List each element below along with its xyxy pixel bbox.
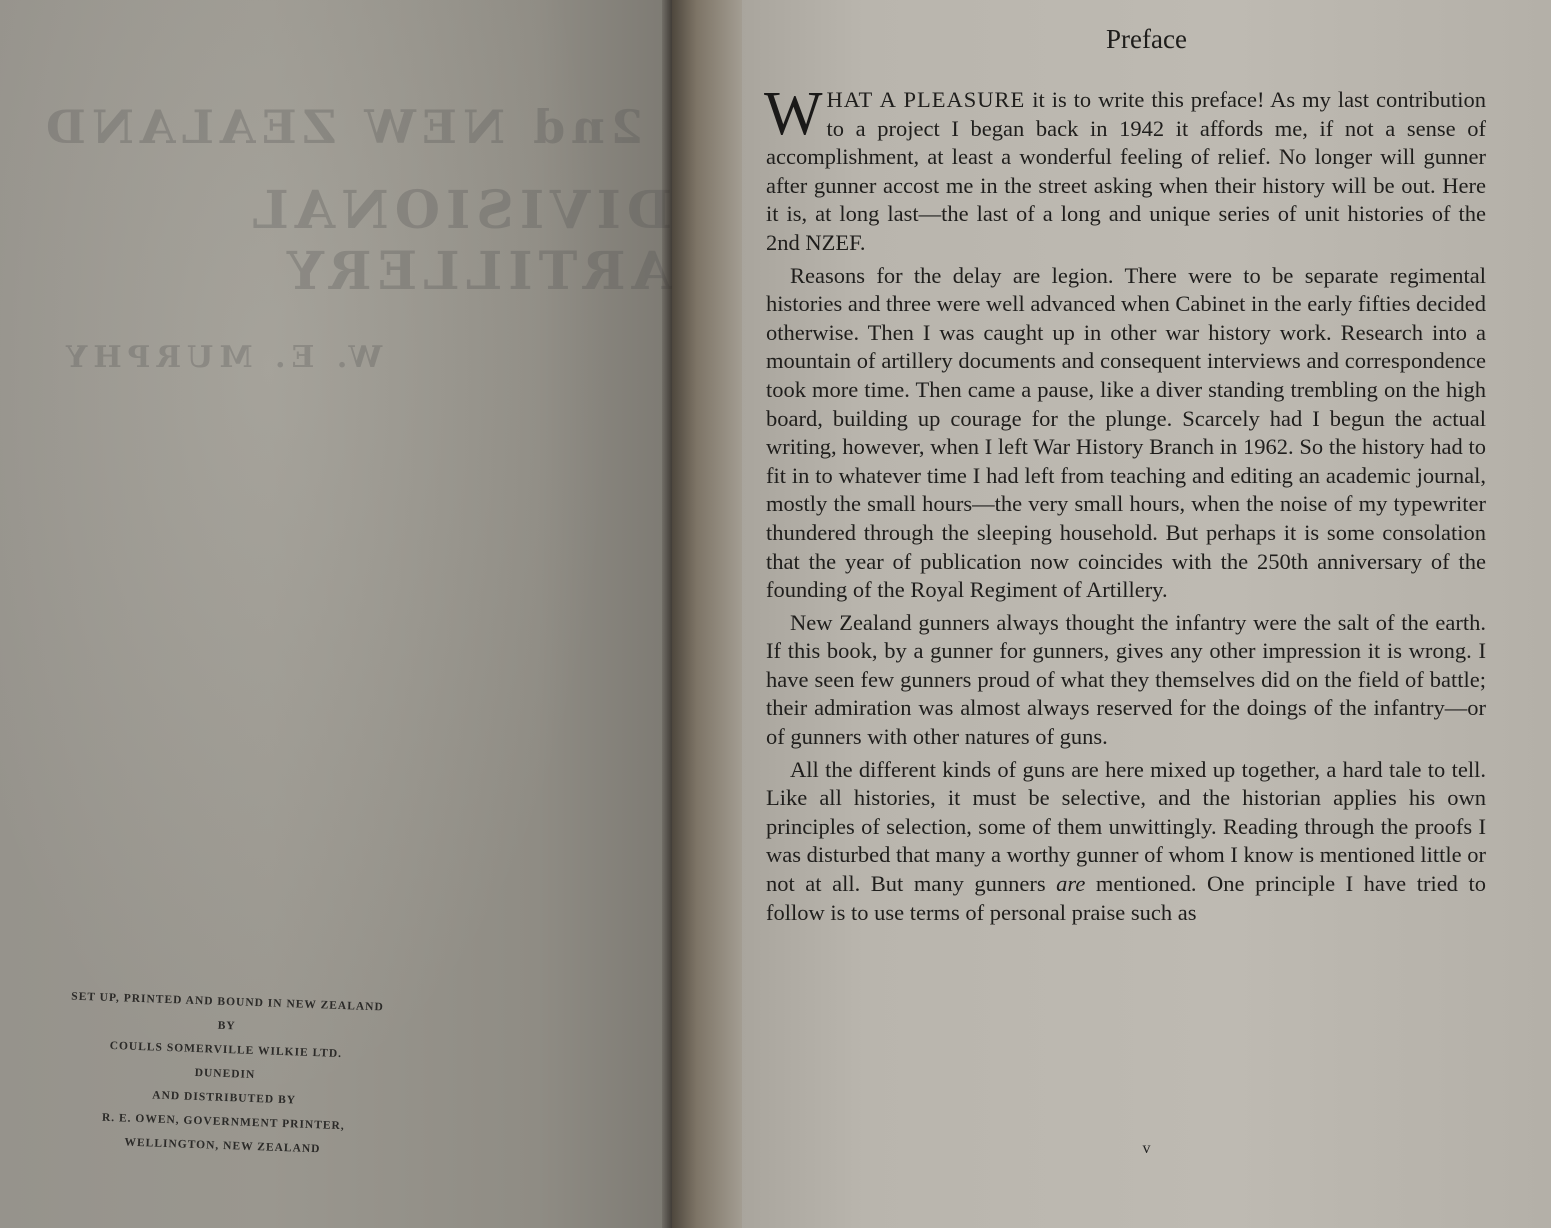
left-page: 2nd NEW ZEALAND DIVISIONAL ARTILLERY W. … bbox=[0, 0, 672, 1228]
paragraph-3: New Zealand gunners always thought the i… bbox=[766, 609, 1486, 752]
page-number: v bbox=[742, 1140, 1551, 1158]
paragraph-4: All the different kinds of guns are here… bbox=[766, 756, 1486, 928]
paragraph-text: it is to write this preface! As my last … bbox=[766, 87, 1486, 255]
page-title: Preface bbox=[742, 24, 1551, 55]
show-through-author: W. E. MURPHY bbox=[60, 340, 382, 375]
printer-imprint: SET UP, PRINTED AND BOUND IN NEW ZEALAND… bbox=[37, 984, 413, 1165]
show-through-title-line-1: 2nd NEW ZEALAND bbox=[40, 100, 643, 154]
open-book-spread: 2nd NEW ZEALAND DIVISIONAL ARTILLERY W. … bbox=[0, 0, 1551, 1228]
opening-smallcaps: HAT A PLEASURE bbox=[827, 87, 1026, 112]
show-through-title-line-2: DIVISIONAL ARTILLERY bbox=[10, 180, 672, 302]
preface-body: WHAT A PLEASURE it is to write this pref… bbox=[766, 86, 1486, 931]
italic-emphasis: are bbox=[1056, 871, 1085, 896]
right-page: Preface WHAT A PLEASURE it is to write t… bbox=[742, 0, 1551, 1228]
drop-cap: W bbox=[764, 90, 823, 138]
paragraph-2: Reasons for the delay are legion. There … bbox=[766, 262, 1486, 605]
book-gutter bbox=[672, 0, 742, 1228]
paragraph-1: WHAT A PLEASURE it is to write this pref… bbox=[766, 86, 1486, 258]
